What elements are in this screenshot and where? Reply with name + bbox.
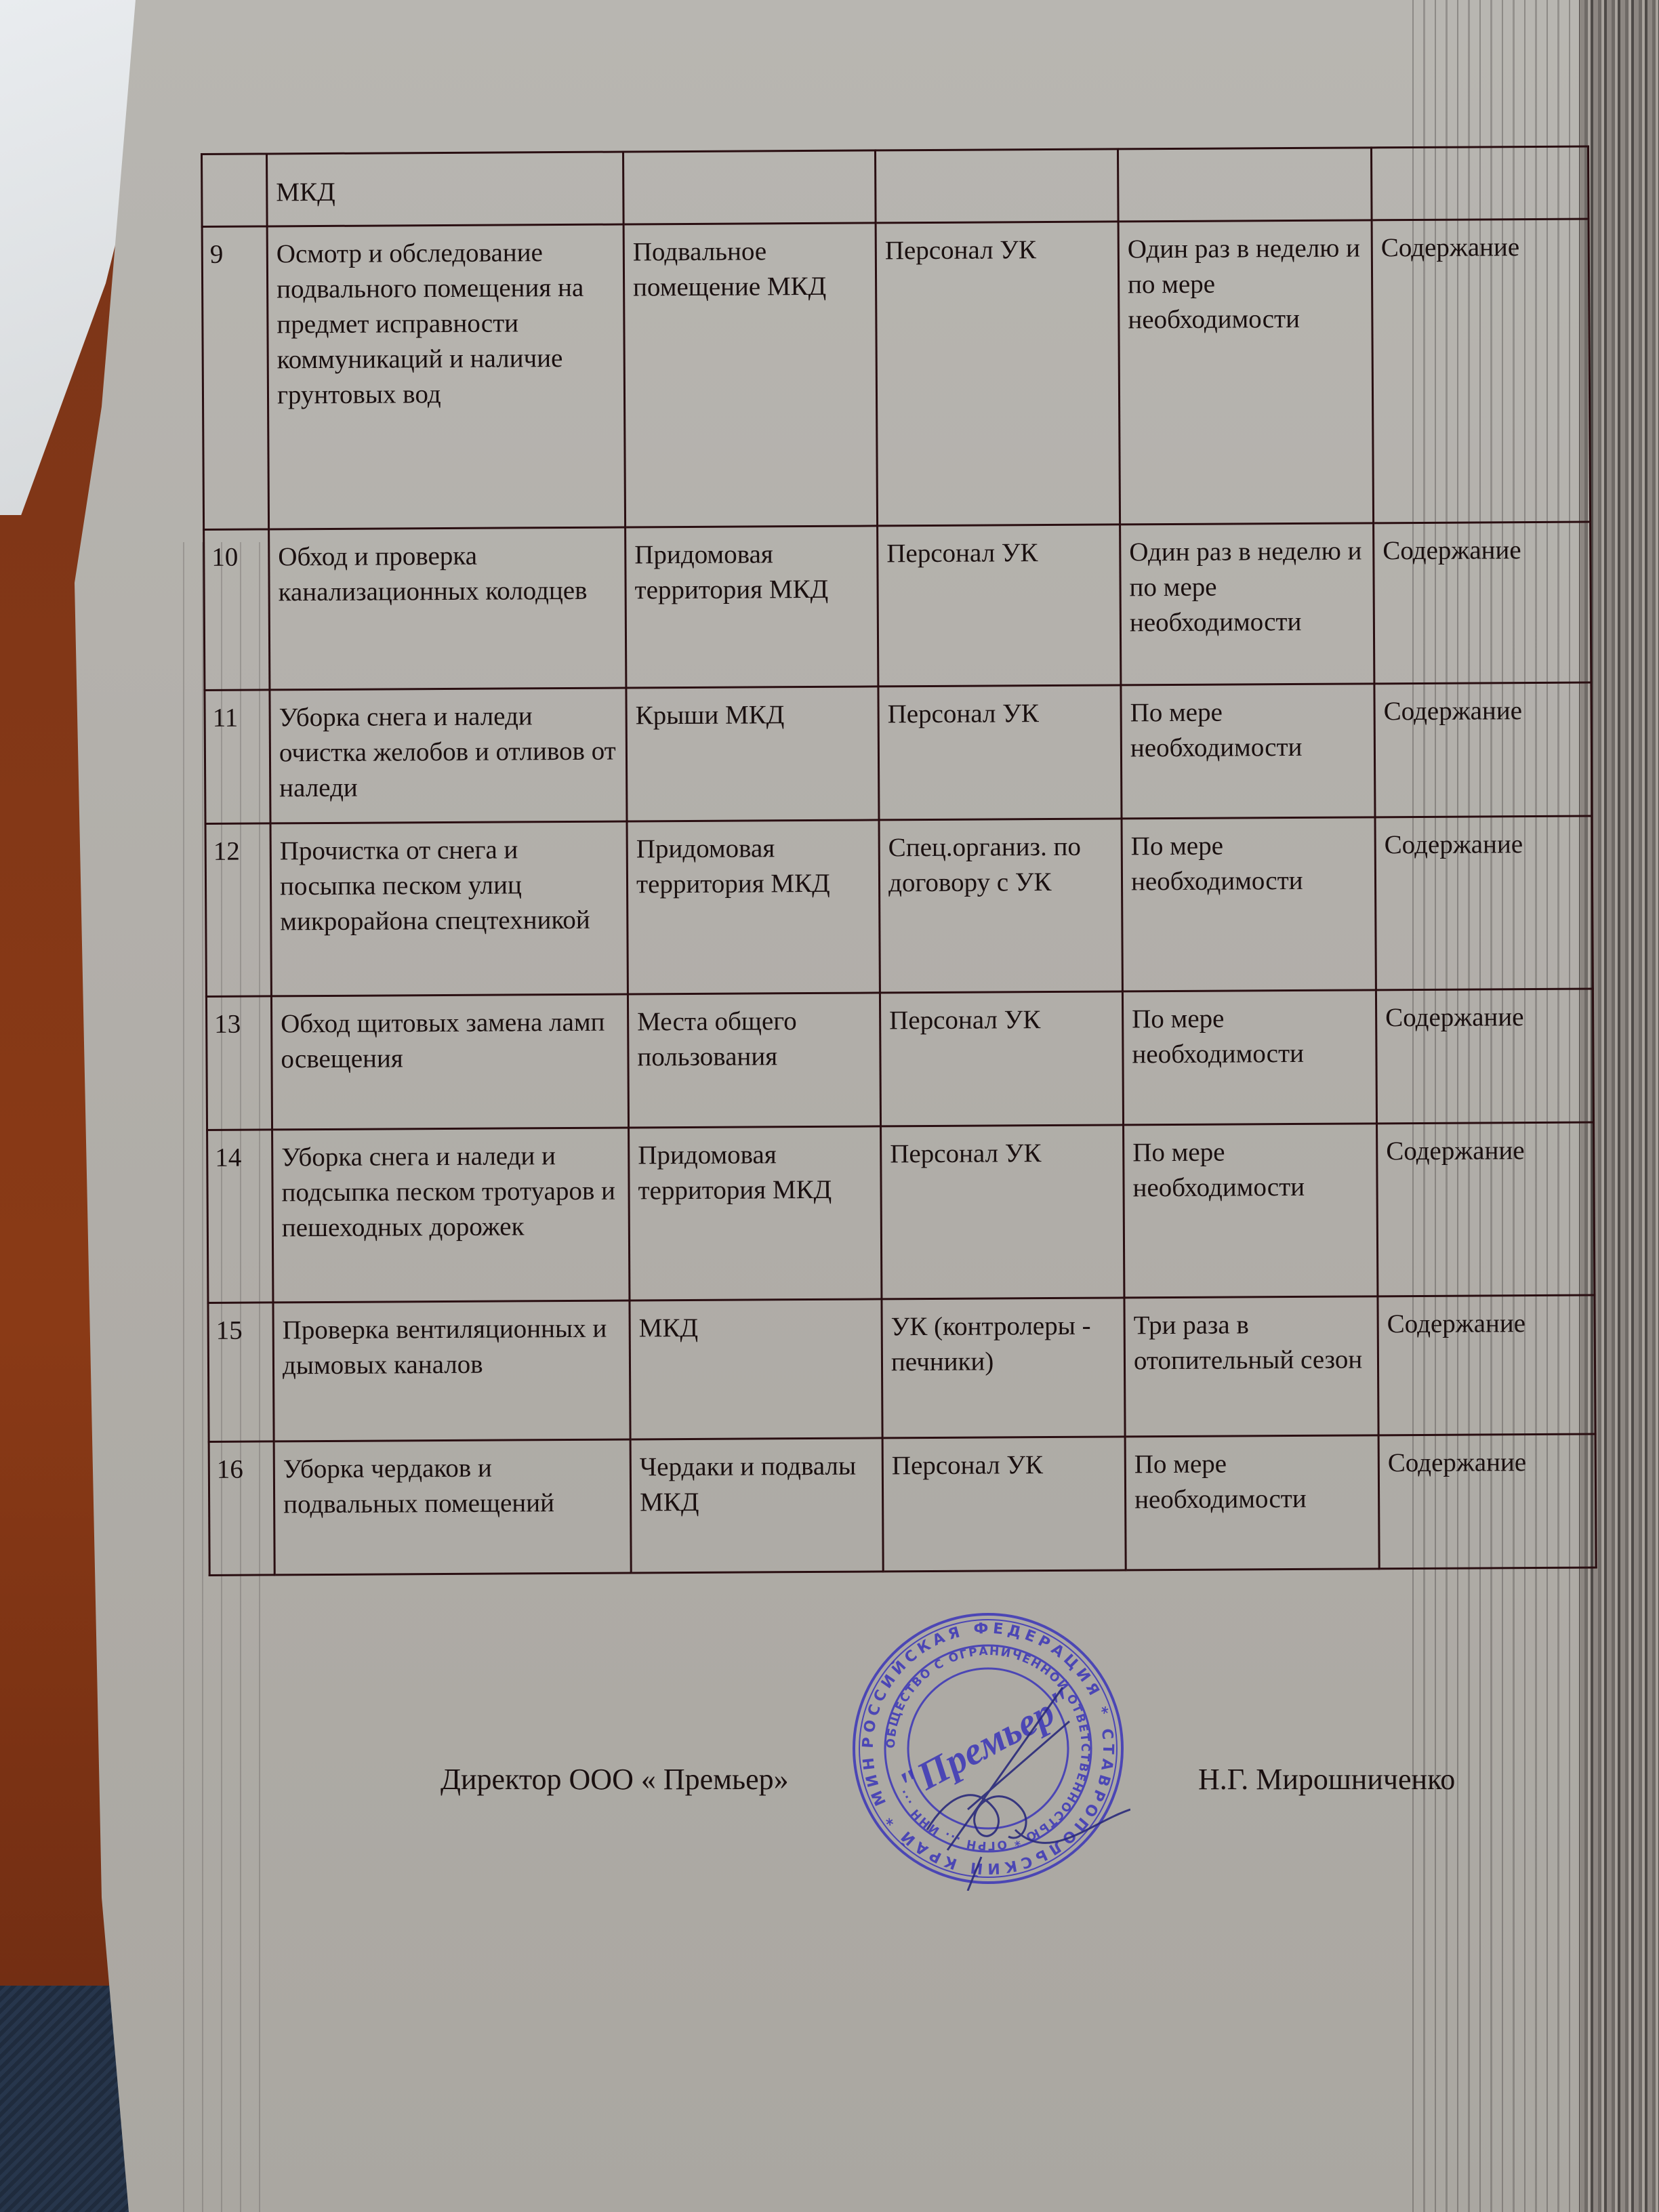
cell-number: 12 <box>205 823 271 997</box>
cell-frequency: Один раз в неделю и по мере необходимост… <box>1120 523 1374 685</box>
cell-frequency: Один раз в неделю и по мере необходимост… <box>1118 220 1373 525</box>
cell-executor: Персонал УК <box>881 1125 1124 1299</box>
table-row: 11 Уборка снега и наледи очистка желобов… <box>205 682 1592 823</box>
stamp-center-text: "Премьер" <box>890 1679 1081 1809</box>
cell-place: Подвальное помещение МКД <box>623 223 877 527</box>
table-row: 16 Уборка чердаков и подвальных помещени… <box>209 1434 1596 1575</box>
cell-place: Придомовая территория МКД <box>629 1126 882 1300</box>
cell-number: 10 <box>204 529 270 691</box>
cell-number: 9 <box>202 226 268 530</box>
cell-executor: УК (контролеры - печники) <box>882 1298 1125 1438</box>
cell-name: МКД <box>267 152 624 226</box>
cell-frequency: По мере необходимости <box>1122 990 1376 1125</box>
table-row-continuation: МКД <box>202 146 1589 226</box>
cell-executor: Персонал УК <box>880 991 1123 1126</box>
table-row: 14 Уборка снега и наледи и подсыпка песк… <box>207 1122 1595 1303</box>
cell-place: Крыши МКД <box>626 687 879 821</box>
cell-name: Проверка вентиляционных и дымовых канало… <box>273 1300 630 1441</box>
cell-name: Уборка чердаков и подвальных помещений <box>274 1439 631 1575</box>
cell-number <box>202 154 268 227</box>
cell-type: Содержание <box>1378 1434 1596 1569</box>
cell-type: Содержание <box>1372 219 1590 523</box>
cell-place <box>623 150 876 224</box>
cell-type <box>1371 146 1589 220</box>
cell-type: Содержание <box>1376 989 1593 1124</box>
cell-name: Уборка снега и наледи очистка желобов и … <box>270 688 627 823</box>
cell-place: МКД <box>630 1299 882 1439</box>
cell-name: Осмотр и обследование подвального помеще… <box>267 224 625 529</box>
cell-number: 14 <box>207 1130 273 1303</box>
cell-executor: Персонал УК <box>882 1437 1126 1572</box>
cell-number: 16 <box>209 1441 274 1576</box>
cell-type: Содержание <box>1375 816 1593 990</box>
cell-name: Обход щитовых замена ламп освещения <box>271 994 628 1130</box>
cell-executor <box>875 149 1118 223</box>
table-row: 15 Проверка вентиляционных и дымовых кан… <box>208 1295 1595 1441</box>
cell-frequency: По мере необходимости <box>1121 684 1375 819</box>
cell-name: Прочистка от снега и посыпка песком улиц… <box>270 821 628 996</box>
cell-number: 13 <box>206 996 272 1130</box>
cell-place: Придомовая территория МКД <box>626 526 878 688</box>
cell-frequency <box>1118 148 1372 222</box>
stamp-seal-icon: РОССИЙСКАЯ ФЕДЕРАЦИЯ * СТАВРОПОЛЬСКИЙ КР… <box>846 1606 1130 1891</box>
cell-frequency: Три раза в отопительный сезон <box>1124 1296 1378 1437</box>
cell-type: Содержание <box>1378 1295 1595 1435</box>
cell-type: Содержание <box>1377 1122 1595 1296</box>
cell-frequency: По мере необходимости <box>1124 1124 1378 1298</box>
cell-type: Содержание <box>1374 522 1591 684</box>
cell-number: 11 <box>205 690 270 824</box>
cell-executor: Спец.организ. по договору с УК <box>879 819 1122 993</box>
table-row: 10 Обход и проверка канализационных коло… <box>204 522 1591 690</box>
signature-position: Директор ООО « Премьер» <box>441 1762 789 1797</box>
cell-executor: Персонал УК <box>878 685 1122 820</box>
cell-place: Придомовая территория МКД <box>627 820 880 994</box>
cell-type: Содержание <box>1374 682 1592 817</box>
cell-frequency: По мере необходимости <box>1125 1435 1379 1570</box>
cell-name: Обход и проверка канализационных колодце… <box>269 527 626 690</box>
cell-number: 15 <box>208 1303 274 1442</box>
works-table-container: МКД 9 Осмотр и обследование подвального … <box>201 146 1597 1576</box>
cell-place: Места общего пользования <box>628 993 880 1128</box>
table-row: 13 Обход щитовых замена ламп освещения М… <box>206 989 1593 1130</box>
cell-name: Уборка снега и наледи и подсыпка песком … <box>272 1128 630 1303</box>
signature-name: Н.Г. Мирошниченко <box>1198 1762 1455 1797</box>
cell-executor: Персонал УК <box>878 525 1121 687</box>
cell-place: Чердаки и подвалы МКД <box>630 1438 883 1573</box>
works-table: МКД 9 Осмотр и обследование подвального … <box>201 146 1597 1576</box>
table-row: 12 Прочистка от снега и посыпка песком у… <box>205 816 1593 996</box>
cell-executor: Персонал УК <box>876 222 1120 526</box>
table-row: 9 Осмотр и обследование подвального поме… <box>202 219 1590 529</box>
cell-frequency: По мере необходимости <box>1122 817 1376 991</box>
company-stamp: РОССИЙСКАЯ ФЕДЕРАЦИЯ * СТАВРОПОЛЬСКИЙ КР… <box>846 1606 1130 1891</box>
